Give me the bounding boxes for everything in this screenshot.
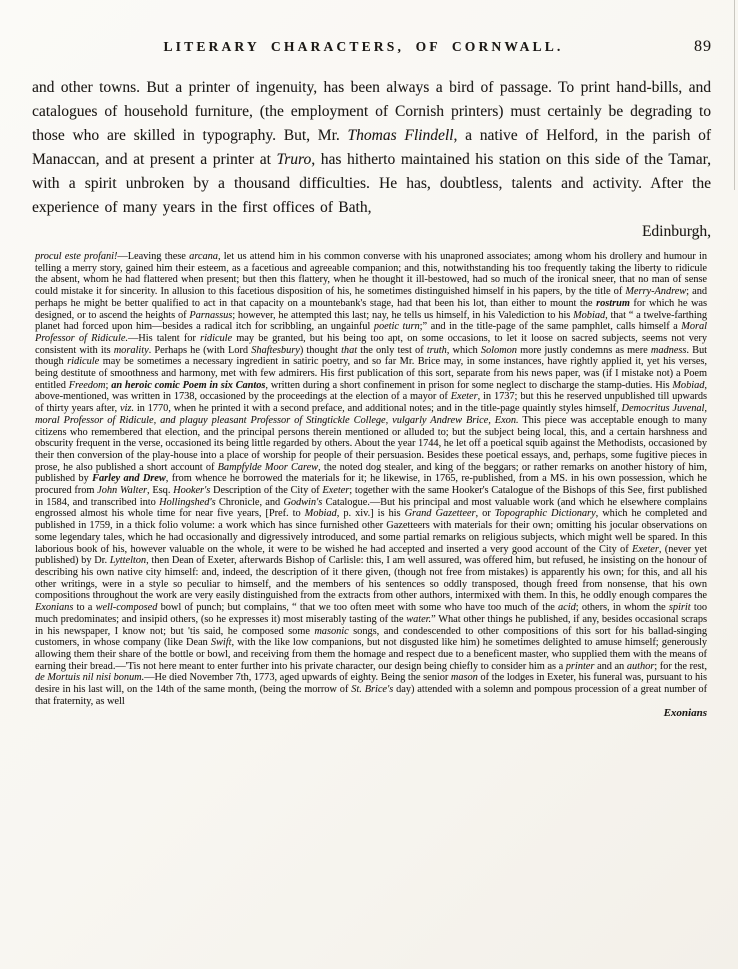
main-paragraph: and other towns. But a printer of ingenu… (32, 76, 711, 220)
book-page: LITERARY CHARACTERS, OF CORNWALL. 89 and… (0, 0, 738, 969)
continuation-word: Edinburgh, (32, 220, 711, 244)
main-text-block: and other towns. But a printer of ingenu… (32, 76, 711, 244)
running-title: LITERARY CHARACTERS, OF CORNWALL. (33, 39, 694, 55)
catchword: Exonians (35, 708, 707, 720)
footnote-text: procul este profani!—Leaving these arcan… (35, 251, 707, 707)
footnote-block: procul este profani!—Leaving these arcan… (35, 251, 707, 720)
scan-artifact (734, 0, 736, 190)
page-number: 89 (694, 38, 712, 56)
page-header: LITERARY CHARACTERS, OF CORNWALL. 89 (33, 38, 712, 56)
